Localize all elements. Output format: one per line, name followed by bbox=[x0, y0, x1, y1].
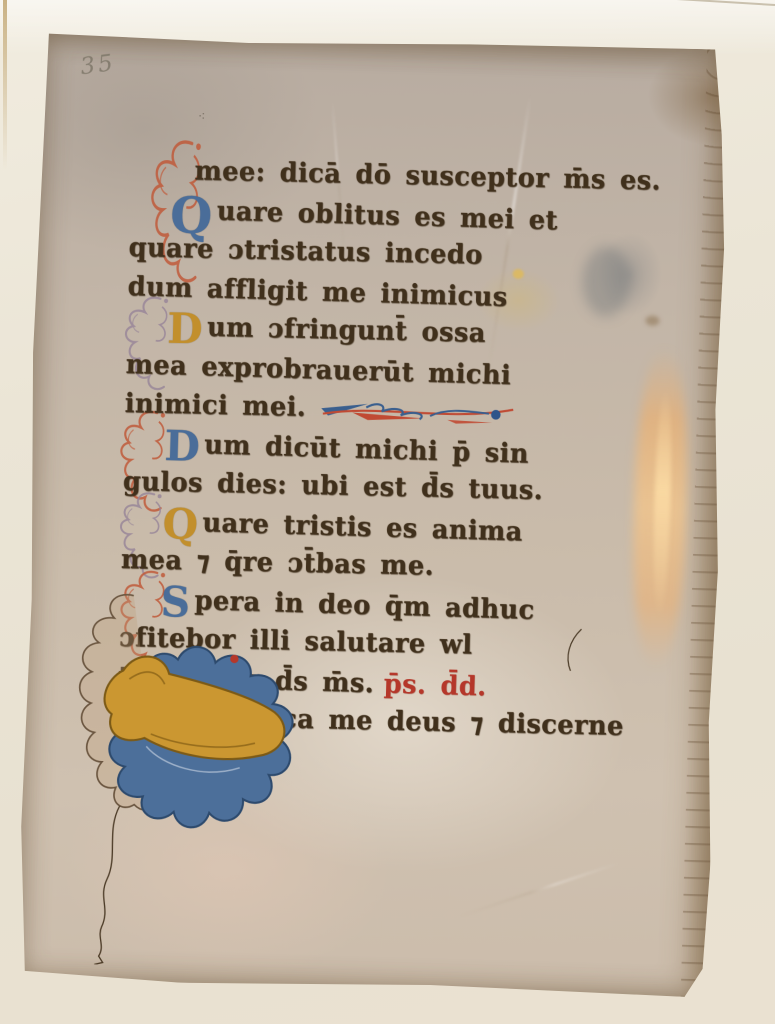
rubric-psalm-heading: p̄s. d̄d. bbox=[383, 669, 487, 703]
quire-mark: ⁖ bbox=[198, 110, 206, 125]
manuscript-text: ɔfitebor illi salutare wl bbox=[119, 622, 473, 661]
text-block: ⁖ mee: dicā dō susceptor m̄s es. Quare o… bbox=[117, 150, 647, 747]
manuscript-leaf: 35 ⁖ mee: dicā dō susceptor m̄s es. Quar… bbox=[15, 31, 733, 998]
manuscript-text: udica me deus ⁊ discerne bbox=[233, 702, 624, 741]
manuscript-text: mee: dicā dō susceptor m̄s es. bbox=[194, 155, 661, 196]
leaf-deckled-right-edge bbox=[681, 49, 733, 997]
frame-edge-line bbox=[3, 0, 7, 170]
versal-initial-D: D bbox=[167, 314, 203, 345]
manuscript-text: inimici mei. bbox=[125, 388, 307, 423]
initial-tail-hairline bbox=[94, 806, 119, 965]
manuscript-text: um dicūt michi p̄ sin bbox=[204, 429, 530, 469]
versal-initial-Q: Q bbox=[162, 509, 199, 540]
brown-spot-stain bbox=[645, 316, 659, 326]
versal-initial-Q: Q bbox=[170, 200, 213, 231]
versal-initial-D: D bbox=[164, 431, 201, 462]
manuscript-text: mea ⁊ q̄re ɔt̄bas me. bbox=[121, 544, 435, 582]
photograph-of-manuscript-leaf: { "page": { "pencil_number": "35", "quir… bbox=[0, 0, 775, 1024]
mat-edge-line bbox=[515, 0, 775, 6]
versal-initial-S: S bbox=[160, 587, 191, 618]
manuscript-text: uare tristis es anima bbox=[202, 507, 523, 547]
pencil-folio-number: 35 bbox=[79, 50, 117, 80]
manuscript-text: quare ɔtristatus incedo bbox=[128, 232, 483, 271]
manuscript-text: tus mei ⁊ d̄s m̄s. bbox=[118, 661, 375, 699]
parchment-crease bbox=[458, 862, 620, 919]
line-filler-ornament bbox=[317, 397, 516, 425]
photo-glare-core bbox=[651, 388, 673, 618]
manuscript-text: um ɔfringunt̄ ossa bbox=[207, 312, 486, 349]
